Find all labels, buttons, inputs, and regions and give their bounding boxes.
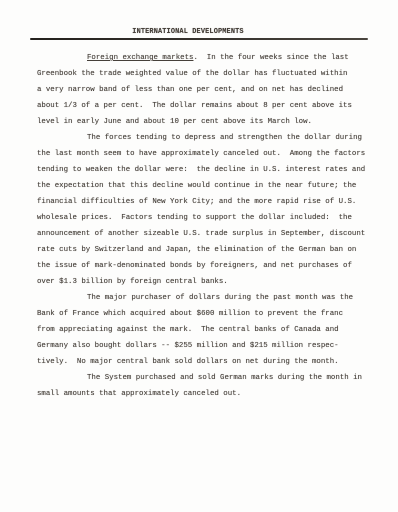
text-line: Germany also bought dollars -- $255 mill… [37, 338, 377, 354]
text-line: wholesale prices. Factors tending to sup… [37, 210, 377, 226]
underlined-phrase: Foreign exchange markets [87, 54, 193, 62]
heading-rule [30, 38, 368, 40]
line-text: The forces tending to depress and streng… [87, 134, 362, 142]
text-line: level in early June and about 10 per cen… [37, 114, 377, 130]
text-line: about 1/3 of a per cent. The dollar rema… [37, 98, 377, 114]
line-text: about 1/3 of a per cent. The dollar rema… [37, 102, 352, 110]
text-line: over $1.3 billion by foreign central ban… [37, 274, 377, 290]
line-text: the last month seem to have approximatel… [37, 150, 365, 158]
line-text: small amounts that approximately cancele… [37, 390, 241, 398]
text-line: tively. No major central bank sold dolla… [37, 354, 377, 370]
document-body: Foreign exchange markets. In the four we… [37, 50, 377, 402]
text-line: rate cuts by Switzerland and Japan, the … [37, 242, 377, 258]
text-line: The major purchaser of dollars during th… [37, 290, 377, 306]
text-line: financial difficulties of New York City;… [37, 194, 377, 210]
text-line: Greenbook the trade weighted value of th… [37, 66, 377, 82]
text-line: The forces tending to depress and streng… [37, 130, 377, 146]
text-line: Foreign exchange markets. In the four we… [37, 50, 377, 66]
text-line: small amounts that approximately cancele… [37, 386, 377, 402]
line-text: the issue of mark-denominated bonds by f… [37, 262, 352, 270]
text-line: the issue of mark-denominated bonds by f… [37, 258, 377, 274]
line-text: wholesale prices. Factors tending to sup… [37, 214, 352, 222]
line-text: a very narrow band of less than one per … [37, 86, 343, 94]
line-text: Germany also bought dollars -- $255 mill… [37, 342, 339, 350]
line-text: The major purchaser of dollars during th… [87, 294, 353, 302]
text-line: Bank of France which acquired about $600… [37, 306, 377, 322]
line-text: Bank of France which acquired about $600… [37, 310, 343, 318]
line-text: announcement of another sizeable U.S. tr… [37, 230, 365, 238]
text-line: announcement of another sizeable U.S. tr… [37, 226, 377, 242]
text-line: the last month seem to have approximatel… [37, 146, 377, 162]
line-text: tending to weaken the dollar were: the d… [37, 166, 365, 174]
line-text: over $1.3 billion by foreign central ban… [37, 278, 228, 286]
line-text: The System purchased and sold German mar… [87, 374, 362, 382]
line-text: from appreciating against the mark. The … [37, 326, 339, 334]
line-text: . In the four weeks since the last [193, 54, 348, 62]
text-line: The System purchased and sold German mar… [37, 370, 377, 386]
line-text: the expectation that this decline would … [37, 182, 356, 190]
page-heading: INTERNATIONAL DEVELOPMENTS [0, 28, 376, 36]
text-line: from appreciating against the mark. The … [37, 322, 377, 338]
line-text: financial difficulties of New York City;… [37, 198, 356, 206]
line-text: tively. No major central bank sold dolla… [37, 358, 339, 366]
text-line: a very narrow band of less than one per … [37, 82, 377, 98]
line-text: Greenbook the trade weighted value of th… [37, 70, 347, 78]
text-line: tending to weaken the dollar were: the d… [37, 162, 377, 178]
line-text: rate cuts by Switzerland and Japan, the … [37, 246, 356, 254]
text-line: the expectation that this decline would … [37, 178, 377, 194]
document-page: INTERNATIONAL DEVELOPMENTS Foreign excha… [0, 0, 398, 512]
line-text: level in early June and about 10 per cen… [37, 118, 312, 126]
